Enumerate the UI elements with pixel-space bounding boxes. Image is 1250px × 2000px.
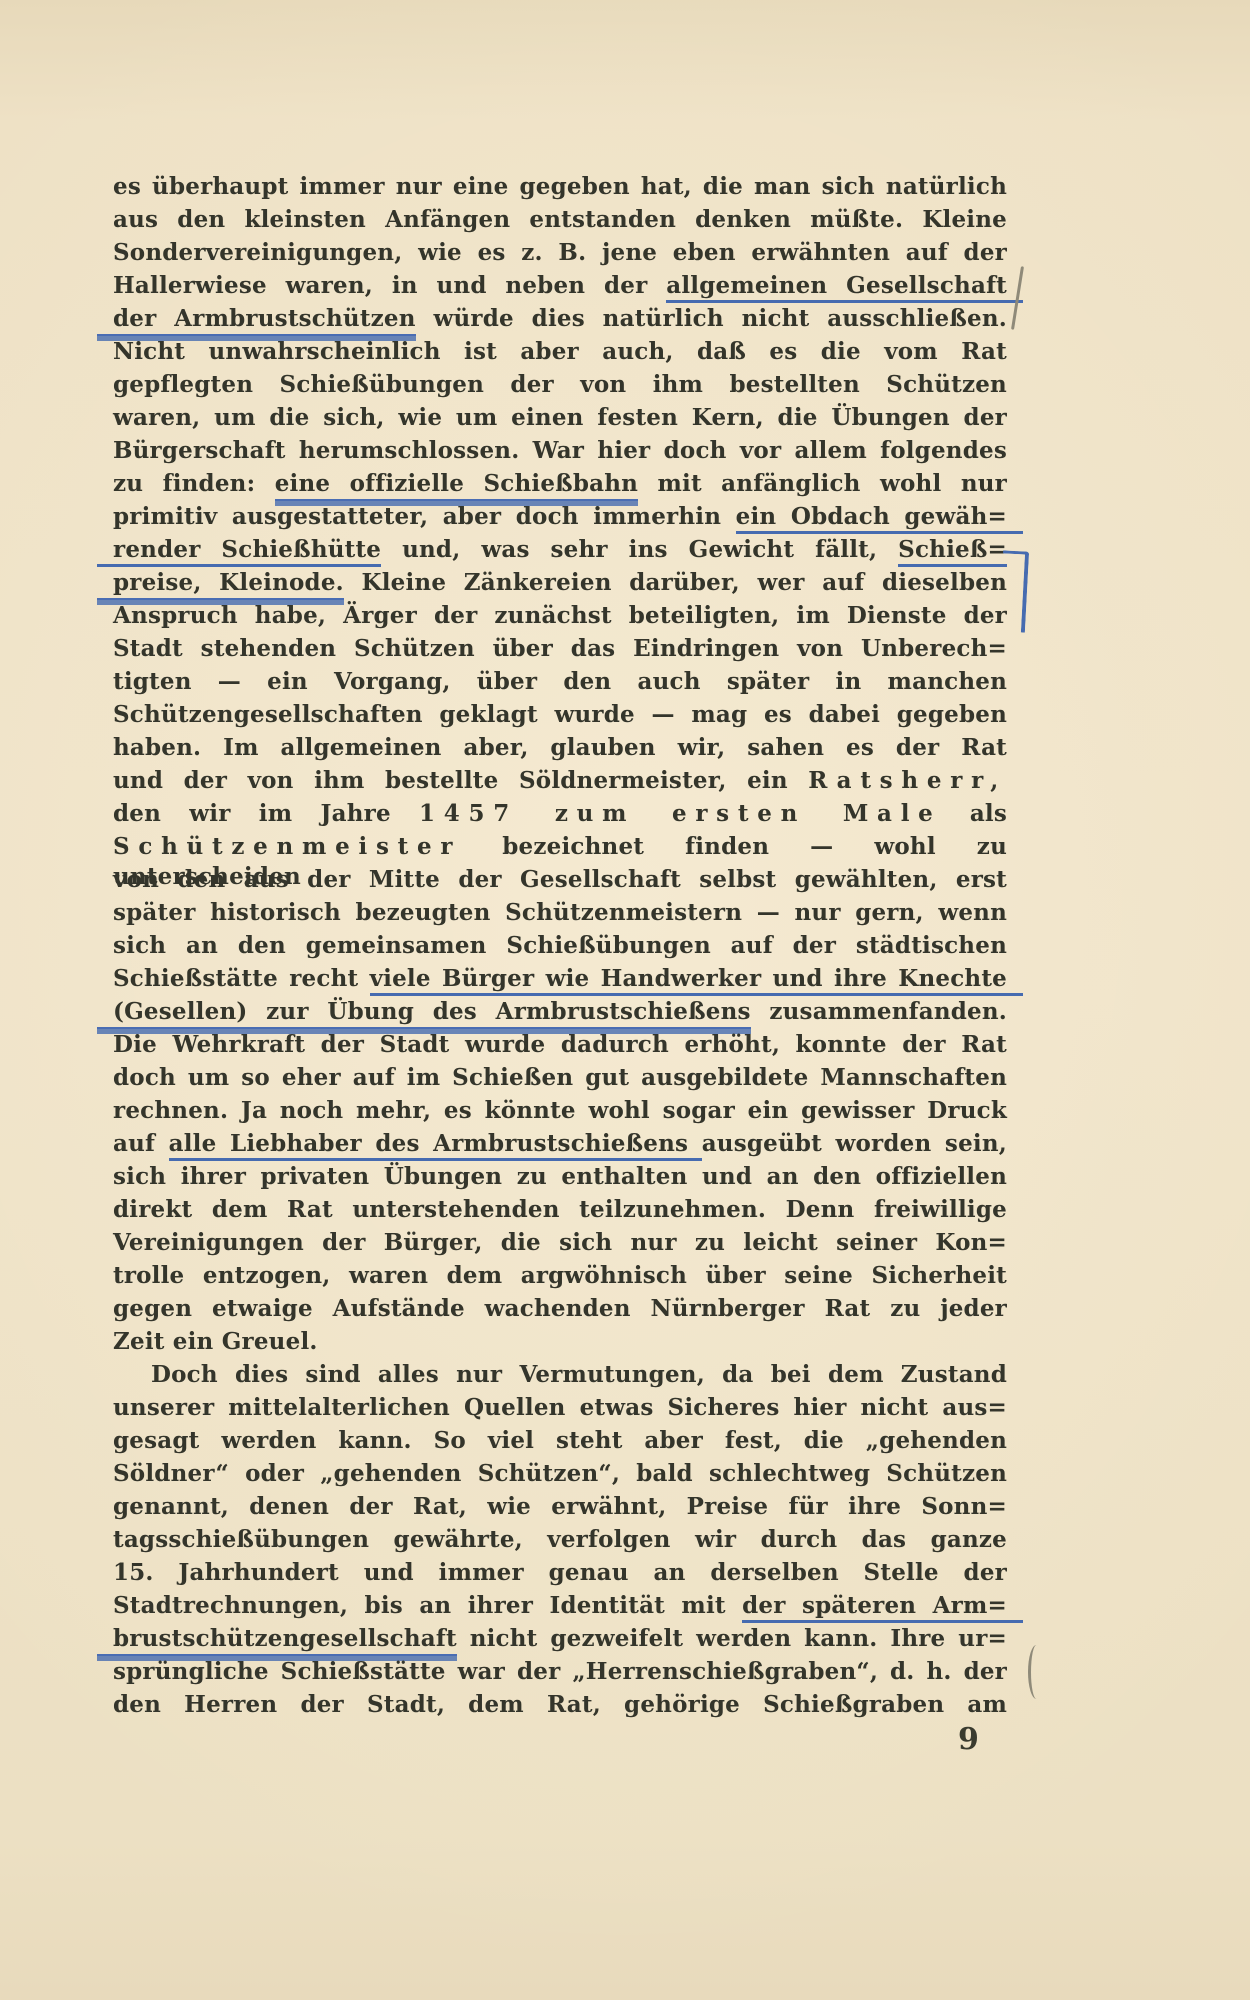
text-segment: Stadt stehenden Schützen über das Eindri…	[113, 635, 1007, 662]
underlined-text: alle Liebhaber des Armbrustschießens	[169, 1130, 702, 1161]
text-segment: Nicht unwahrscheinlich ist aber auch, da…	[113, 338, 1007, 365]
text-line: den wir im Jahre 1457 zum ersten Male al…	[113, 799, 1007, 832]
text-line: sich an den gemeinsamen Schießübungen au…	[113, 931, 1007, 964]
text-segment: sprüngliche Schießstätte war der „Herren…	[113, 1658, 1007, 1685]
text-segment: als	[942, 800, 1007, 827]
text-line: trolle entzogen, waren dem argwöhnisch ü…	[113, 1261, 1007, 1294]
text-line: zu finden: eine offizielle Schießbahn mi…	[113, 469, 1007, 502]
text-line: Bürgerschaft herumschlossen. War hier do…	[113, 436, 1007, 469]
text-line: genannt, denen der Rat, wie erwähnt, Pre…	[113, 1492, 1007, 1525]
text-segment: es überhaupt immer nur eine gegeben hat,…	[113, 173, 1007, 200]
text-segment: 15. Jahrhundert und immer genau an derse…	[113, 1559, 1007, 1586]
text-line: waren, um die sich, wie um einen festen …	[113, 403, 1007, 436]
text-line: später historisch bezeugten Schützenmeis…	[113, 898, 1007, 931]
text-line: Zeit ein Greuel.	[113, 1327, 1007, 1360]
blue-ink-slash-mark	[999, 550, 1029, 632]
text-segment: Schießstätte recht	[113, 965, 370, 992]
underlined-text: allgemeinen Gesellschaft	[666, 272, 1023, 303]
text-segment: Bürgerschaft herumschlossen. War hier do…	[113, 437, 1007, 464]
text-line: Hallerwiese waren, in und neben der allg…	[113, 271, 1007, 304]
underlined-text: Schieß=	[898, 536, 1007, 567]
book-page: es überhaupt immer nur eine gegeben hat,…	[0, 0, 1250, 2000]
text-segment: Söldner“ oder „gehenden Schützen“, bald …	[113, 1460, 1007, 1487]
text-line: haben. Im allgemeinen aber, glauben wir,…	[113, 733, 1007, 766]
text-segment: haben. Im allgemeinen aber, glauben wir,…	[113, 734, 1007, 761]
text-line: gepflegten Schießübungen der von ihm bes…	[113, 370, 1007, 403]
text-segment: aus den kleinsten Anfängen entstanden de…	[113, 206, 1007, 233]
text-line: tagsschießübungen gewährte, verfolgen wi…	[113, 1525, 1007, 1558]
text-segment: unserer mittelalterlichen Quellen etwas …	[113, 1394, 1007, 1421]
text-segment: Schützenmeister	[113, 833, 461, 860]
text-segment: gepflegten Schießübungen der von ihm bes…	[113, 371, 1007, 398]
text-line: den Herren der Stadt, dem Rat, gehörige …	[113, 1690, 1007, 1723]
text-line: von den aus der Mitte der Gesellschaft s…	[113, 865, 1007, 898]
text-segment: gegen etwaige Aufstände wachenden Nürnbe…	[113, 1295, 1007, 1322]
text-segment: und, was sehr ins Gewicht fällt,	[381, 536, 898, 563]
text-line: Schützenmeister bezeichnet finden — wohl…	[113, 832, 1007, 865]
text-segment: sich an den gemeinsamen Schießübungen au…	[113, 932, 1007, 959]
text-segment: Vereinigungen der Bürger, die sich nur z…	[113, 1229, 1007, 1256]
text-line: Doch dies sind alles nur Vermutungen, da…	[113, 1360, 1007, 1393]
underlined-text: preise, Kleinode.	[97, 569, 344, 600]
text-segment: Stadtrechnungen, bis an ihrer Identität …	[113, 1592, 742, 1619]
text-segment: von den aus der Mitte der Gesellschaft s…	[113, 866, 1007, 893]
text-line: Stadtrechnungen, bis an ihrer Identität …	[113, 1591, 1007, 1624]
text-segment: doch um so eher auf im Schießen gut ausg…	[113, 1064, 1007, 1091]
underlined-text: eine offizielle Schießbahn	[275, 470, 638, 501]
text-line: gesagt werden kann. So viel steht aber f…	[113, 1426, 1007, 1459]
text-segment: Anspruch habe, Ärger der zunächst beteil…	[113, 602, 1007, 629]
text-line: 15. Jahrhundert und immer genau an derse…	[113, 1558, 1007, 1591]
text-line: Nicht unwahrscheinlich ist aber auch, da…	[113, 337, 1007, 370]
underlined-text: viele Bürger wie Handwerker und ihre Kne…	[370, 965, 1023, 996]
text-segment: und der von ihm bestellte Söldnermeister…	[113, 767, 808, 794]
text-segment: Zeit ein Greuel.	[113, 1328, 318, 1355]
text-line: Schießstätte recht viele Bürger wie Hand…	[113, 964, 1007, 997]
text-line: Anspruch habe, Ärger der zunächst beteil…	[113, 601, 1007, 634]
text-line: brustschützengesellschaft nicht gezweife…	[113, 1624, 1007, 1657]
text-segment: Die Wehrkraft der Stadt wurde dadurch er…	[113, 1031, 1007, 1058]
text-line: und der von ihm bestellte Söldnermeister…	[113, 766, 1007, 799]
text-segment: tigten — ein Vorgang, über den auch spät…	[113, 668, 1007, 695]
text-line: aus den kleinsten Anfängen entstanden de…	[113, 205, 1007, 238]
underlined-text: ein Obdach gewäh=	[736, 503, 1023, 534]
text-line: der Armbrustschützen würde dies natürlic…	[113, 304, 1007, 337]
text-segment: mit anfänglich wohl nur	[638, 470, 1007, 497]
text-line: auf alle Liebhaber des Armbrustschießens…	[113, 1129, 1007, 1162]
text-segment: gesagt werden kann. So viel steht aber f…	[113, 1427, 1007, 1454]
text-segment: tagsschießübungen gewährte, verfolgen wi…	[113, 1526, 1007, 1553]
text-segment: Doch dies sind alles nur Vermutungen, da…	[151, 1361, 1007, 1388]
text-line: Schützengesellschaften geklagt wurde — m…	[113, 700, 1007, 733]
text-line: unserer mittelalterlichen Quellen etwas …	[113, 1393, 1007, 1426]
underlined-text: render Schießhütte	[97, 536, 381, 567]
underlined-text: (Gesellen) zur Übung des Armbrustschieße…	[97, 998, 751, 1029]
text-line: Die Wehrkraft der Stadt wurde dadurch er…	[113, 1030, 1007, 1063]
text-line: primitiv ausgestatteter, aber doch immer…	[113, 502, 1007, 535]
text-line: Stadt stehenden Schützen über das Eindri…	[113, 634, 1007, 667]
text-segment: trolle entzogen, waren dem argwöhnisch ü…	[113, 1262, 1007, 1289]
underlined-text: der späteren Arm=	[742, 1592, 1023, 1623]
text-line: render Schießhütte und, was sehr ins Gew…	[113, 535, 1007, 568]
text-line: preise, Kleinode. Kleine Zänkereien darü…	[113, 568, 1007, 601]
text-segment: genannt, denen der Rat, wie erwähnt, Pre…	[113, 1493, 1007, 1520]
text-segment: Sondervereinigungen, wie es z. B. jene e…	[113, 239, 1007, 266]
text-segment: direkt dem Rat unterstehenden teilzunehm…	[113, 1196, 1007, 1223]
text-segment: waren, um die sich, wie um einen festen …	[113, 404, 1007, 431]
text-segment: zu finden:	[113, 470, 275, 497]
text-segment: primitiv ausgestatteter, aber doch immer…	[113, 503, 736, 530]
text-line: doch um so eher auf im Schießen gut ausg…	[113, 1063, 1007, 1096]
text-segment: 1457 zum ersten Male	[419, 800, 942, 827]
text-segment: Ratsherr,	[808, 767, 1007, 794]
text-segment: Hallerwiese waren, in und neben der	[113, 272, 666, 299]
text-segment: rechnen. Ja noch mehr, es könnte wohl so…	[113, 1097, 1007, 1124]
text-segment: später historisch bezeugten Schützenmeis…	[113, 899, 1007, 926]
text-segment: würde dies natürlich nicht ausschließen.	[416, 305, 1007, 332]
text-segment: sich ihrer privaten Übungen zu enthalten…	[113, 1163, 1007, 1190]
text-line: sprüngliche Schießstätte war der „Herren…	[113, 1657, 1007, 1690]
text-line: Vereinigungen der Bürger, die sich nur z…	[113, 1228, 1007, 1261]
underlined-text: der Armbrustschützen	[97, 305, 416, 336]
text-segment: Kleine Zänkereien darüber, wer auf diese…	[344, 569, 1007, 596]
text-line: gegen etwaige Aufstände wachenden Nürnbe…	[113, 1294, 1007, 1327]
page-number: 9	[958, 1722, 979, 1757]
text-line: direkt dem Rat unterstehenden teilzunehm…	[113, 1195, 1007, 1228]
text-segment: Schützengesellschaften geklagt wurde — m…	[113, 701, 1007, 728]
text-line: Söldner“ oder „gehenden Schützen“, bald …	[113, 1459, 1007, 1492]
text-line: (Gesellen) zur Übung des Armbrustschieße…	[113, 997, 1007, 1030]
text-line: sich ihrer privaten Übungen zu enthalten…	[113, 1162, 1007, 1195]
text-line: Sondervereinigungen, wie es z. B. jene e…	[113, 238, 1007, 271]
text-segment: nicht gezweifelt werden kann. Ihre ur=	[457, 1625, 1007, 1652]
page-text: es überhaupt immer nur eine gegeben hat,…	[113, 172, 1007, 1723]
text-segment: den wir im Jahre	[113, 800, 419, 827]
text-line: tigten — ein Vorgang, über den auch spät…	[113, 667, 1007, 700]
text-segment: zusammenfanden.	[751, 998, 1007, 1025]
underlined-text: brustschützengesellschaft	[97, 1625, 457, 1656]
text-segment: auf	[113, 1130, 169, 1157]
text-segment: den Herren der Stadt, dem Rat, gehörige …	[113, 1691, 1007, 1718]
text-segment: ausgeübt worden sein,	[702, 1130, 1007, 1157]
text-line: es überhaupt immer nur eine gegeben hat,…	[113, 172, 1007, 205]
text-line: rechnen. Ja noch mehr, es könnte wohl so…	[113, 1096, 1007, 1129]
pencil-paren-mark	[1028, 1645, 1045, 1699]
